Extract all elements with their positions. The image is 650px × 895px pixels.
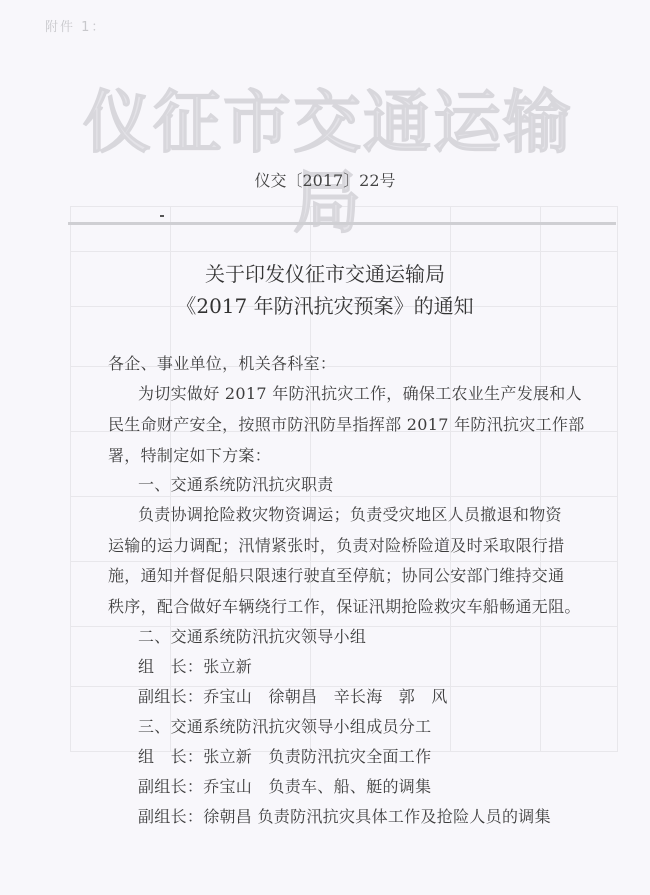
section-3-line-3: 副组长：徐朝昌 负责防汛抗灾具体工作及抢险人员的调集 <box>138 804 551 827</box>
letterhead: 仪征市交通运输局 <box>78 84 578 244</box>
intro-line-3: 署，特制定如下方案： <box>108 443 271 466</box>
intro-line-2: 民生命财产安全，按照市防汛防旱指挥部 2017 年防汛抗灾工作部 <box>108 412 585 435</box>
section-2-leader: 组 长：张立新 <box>138 654 252 677</box>
section-3-line-2: 副组长：乔宝山 负责车、船、艇的调集 <box>138 774 431 797</box>
document-page: 附件 1： 仪征市交通运输局 仪交〔2017〕22号 关于印发仪征市交通运输局 … <box>0 0 650 895</box>
document-title-line-1: 关于印发仪征市交通运输局 <box>0 258 650 287</box>
section-3-heading: 三、交通系统防汛抗灾领导小组成员分工 <box>138 714 431 737</box>
section-1-line-3: 施，通知并督促船只限速行驶直至停航；协同公安部门维持交通 <box>108 563 564 586</box>
section-1-heading: 一、交通系统防汛抗灾职责 <box>138 472 334 495</box>
document-title-line-2: 《2017 年防汛抗灾预案》的通知 <box>0 290 650 319</box>
section-1-line-2: 运输的运力调配；汛情紧张时，负责对险桥险道及时采取限行措 <box>108 533 564 556</box>
attachment-label: 附件 1： <box>45 16 106 35</box>
stray-mark <box>160 215 164 217</box>
header-divider <box>68 222 616 225</box>
section-3-line-1: 组 长：张立新 负责防汛抗灾全面工作 <box>138 744 431 767</box>
section-2-deputies: 副组长：乔宝山 徐朝昌 辛长海 郭 风 <box>138 684 448 707</box>
section-1-line-1: 负责协调抢险救灾物资调运；负责受灾地区人员撤退和物资 <box>138 502 562 525</box>
section-1-line-4: 秩序，配合做好车辆绕行工作，保证汛期抢险救灾车船畅通无阻。 <box>108 594 581 617</box>
section-2-heading: 二、交通系统防汛抗灾领导小组 <box>138 624 366 647</box>
document-number: 仪交〔2017〕22号 <box>0 168 650 191</box>
intro-line-1: 为切实做好 2017 年防汛抗灾工作，确保工农业生产发展和人 <box>138 381 582 404</box>
salutation: 各企、事业单位，机关各科室： <box>108 351 336 374</box>
